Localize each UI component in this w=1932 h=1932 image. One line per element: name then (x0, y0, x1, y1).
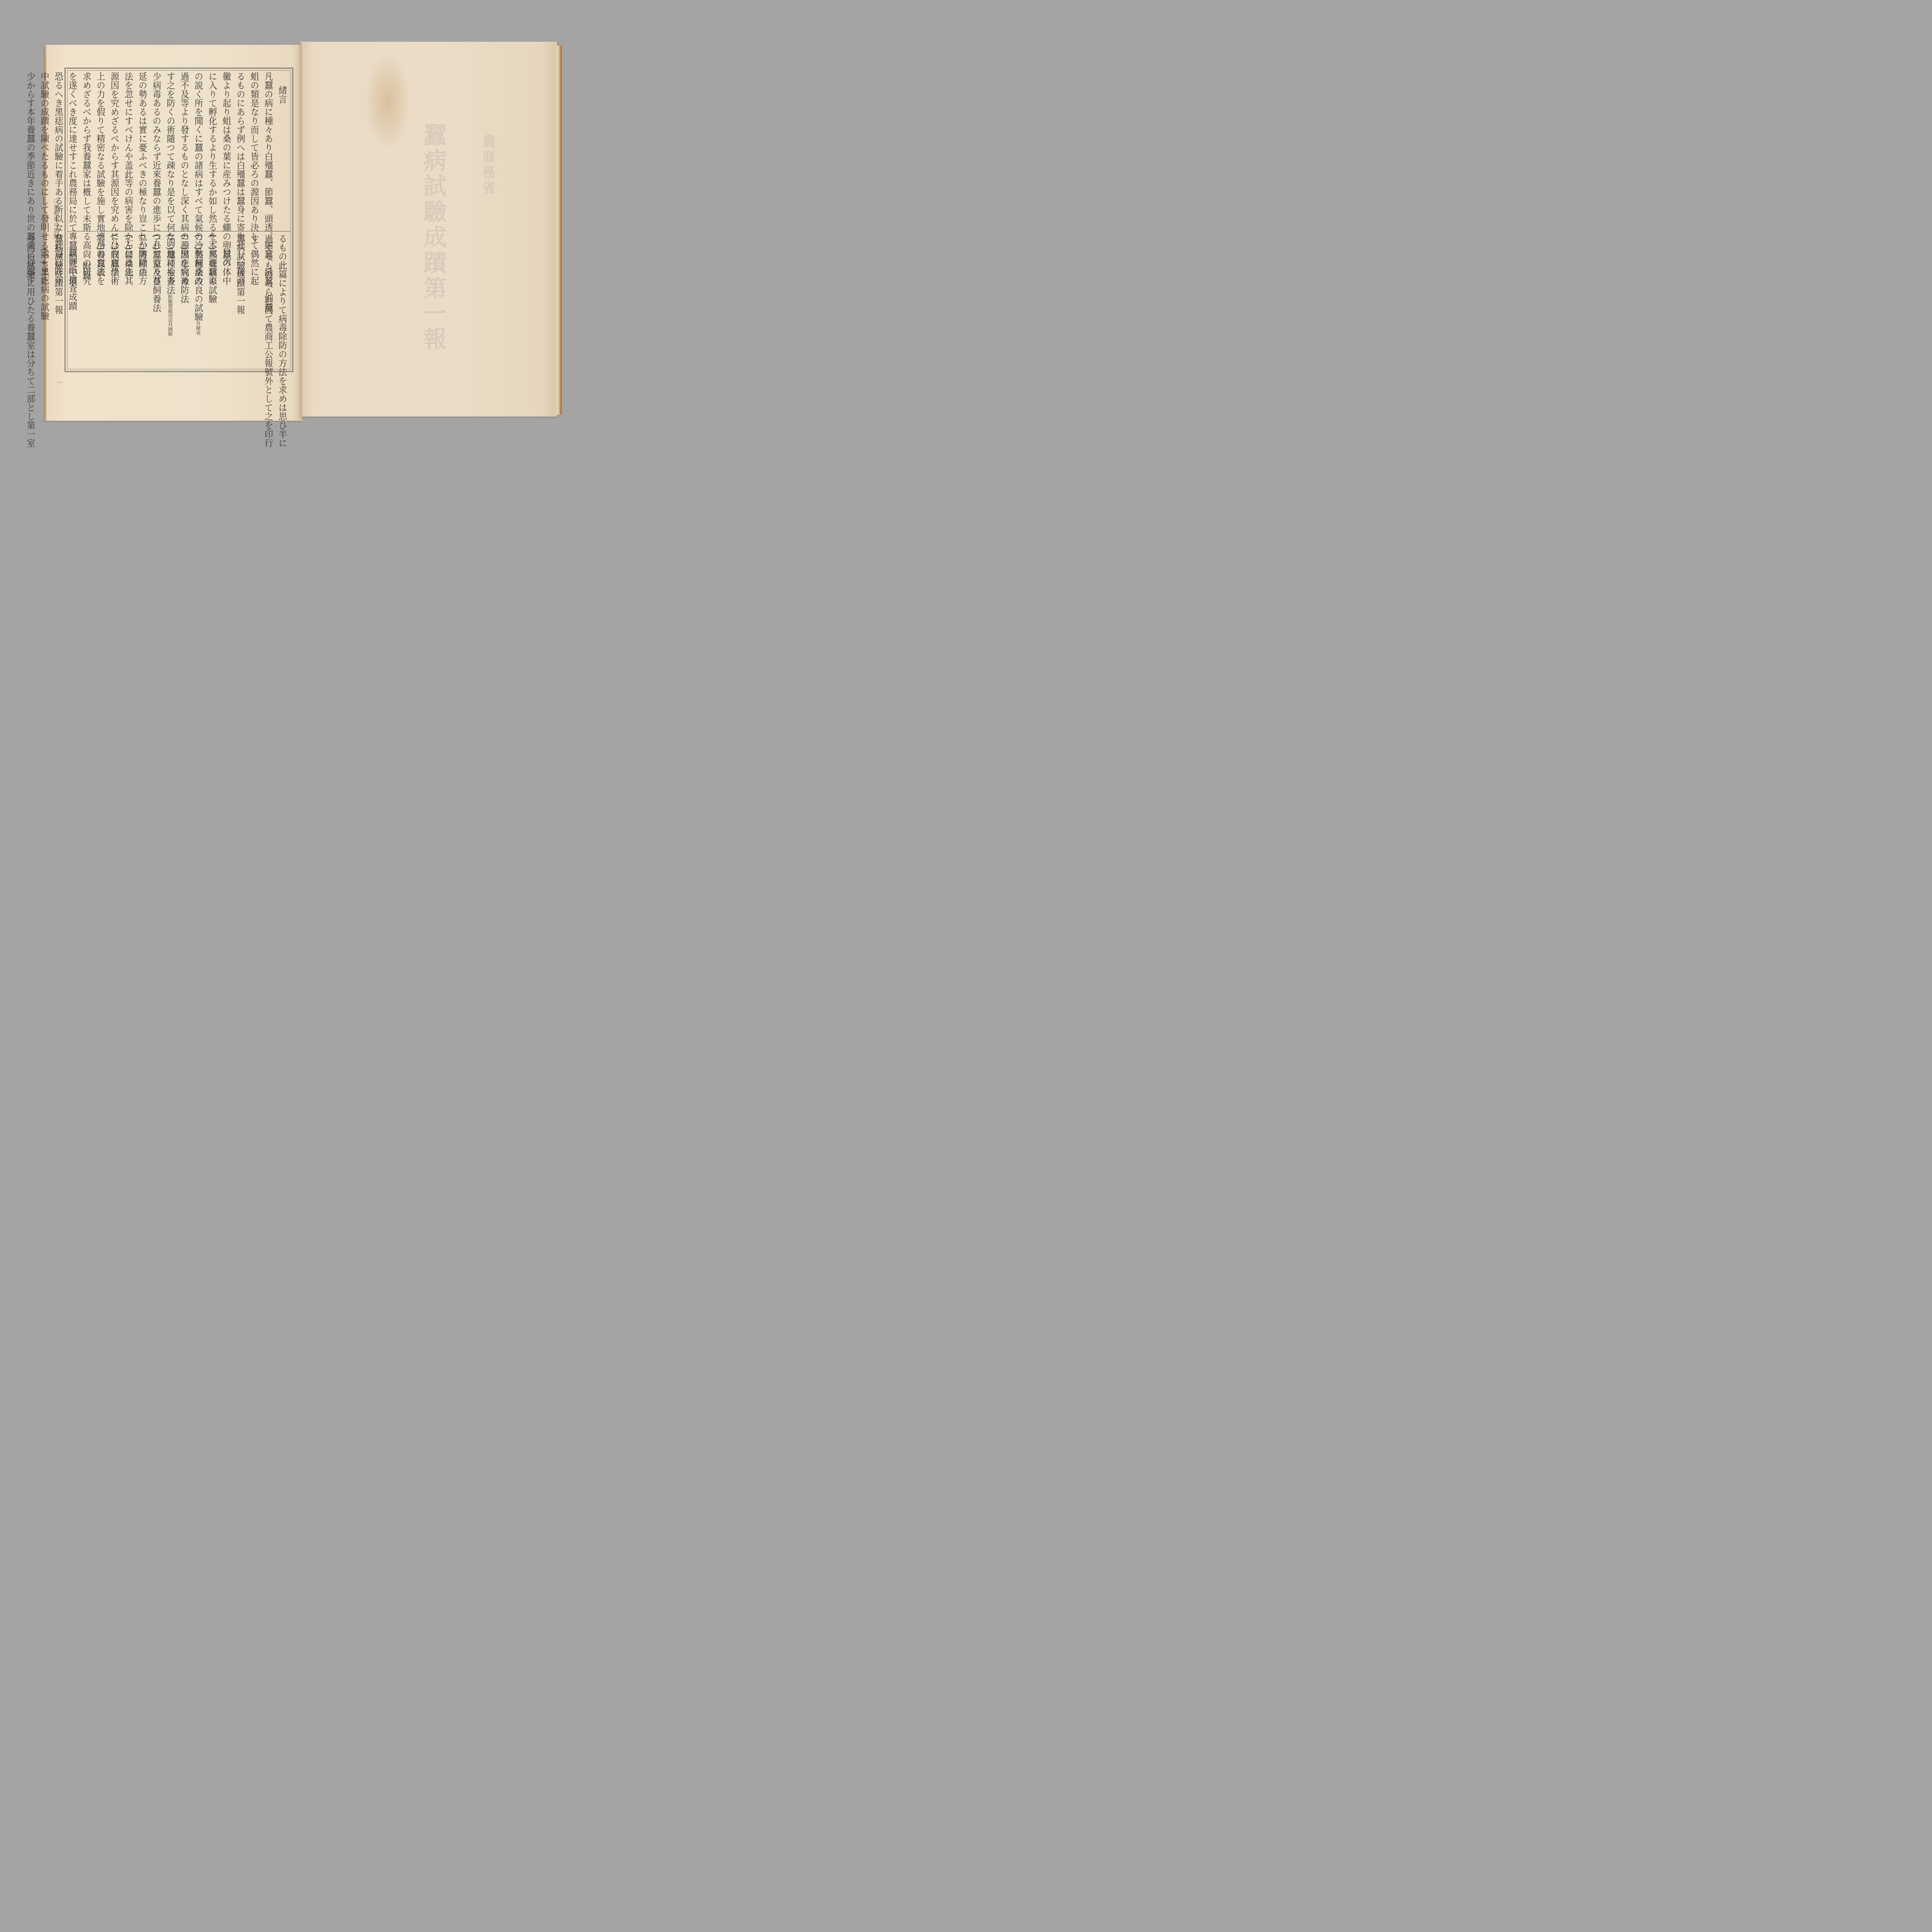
preface-section: 緒言 凡蠶の病に種々あり白殭蠶、節蠶、頭透、縮蠶、縫蠶、細蠶、 蛆の類是なり而し… (68, 72, 289, 226)
preface-heading: 緒言 (275, 72, 289, 226)
book-gutter (299, 43, 302, 419)
preface-line: 少病毒あるのみならず近來養蠶の進歩につれて益々蔓 (149, 72, 163, 226)
toc-item-9: (九)養蠶表 (93, 234, 107, 368)
body-report-title: 蠶病試驗成蹟第一報 (51, 234, 65, 368)
preface-line: す之を防くの術隨つて疎なり是を以て何なる地にも多 (163, 72, 177, 226)
preface-line: 求めざるべからず我養蠶家は槪して未斯る高尙の研究 (79, 72, 93, 226)
preface-line: 蛆の類是なり而して皆必ろの源因あり決して偶然に起 (247, 72, 261, 226)
toc-number: (五) (149, 234, 163, 250)
page-number: 一 (56, 379, 62, 386)
preface-line: 黴より起り蛆は桑の葉に産みつけたる蠅の卵蠶の体中 (219, 72, 233, 226)
appendix-label: 附錄 (79, 234, 93, 368)
toc-number: (四) (163, 234, 177, 250)
preface-line: 少からす本年養蠶の季節近きにあり世の蠶業に從事す (23, 72, 37, 226)
toc-number: (六) (135, 234, 149, 250)
toc-title: 収蠶法 (109, 250, 119, 277)
toc-note: 附顯微鏡用法幷圖解 (167, 295, 173, 337)
toc-item-5: (五)蠶室及び飼養法 (149, 234, 163, 368)
left-page: ○黒痣病の試驗 一 緒言 凡蠶の病に種々あり白殭蠶、節蠶、頭透、縮蠶、縫蠶、細蠶… (45, 45, 302, 421)
text-frame: 緒言 凡蠶の病に種々あり白殭蠶、節蠶、頭透、縮蠶、縫蠶、細蠶、 蛆の類是なり而し… (65, 68, 293, 372)
toc-label: 目次 (219, 234, 233, 368)
toc-number: (七) (121, 234, 135, 250)
preface-line: 恐るへき黑痣病の試驗に着手ある所以なり此篇は昨年 (51, 72, 65, 226)
toc-title: 黑痣病の試驗 (207, 250, 217, 304)
toc-title: 蠶室及び飼養法 (151, 250, 161, 313)
bleed-through-title: 蠶病試驗成蹟第一報 (417, 123, 450, 352)
preface-line: 源因を究めざるべからす其源因を究めんには到底學術 (107, 72, 121, 226)
toc-title: 黑痣病豫防法 (179, 250, 189, 304)
bleed-through-publisher: 農商務省 (478, 134, 497, 196)
toc-title: 儲桑法 (123, 250, 133, 277)
toc-item-3: (三)黑痣病豫防法 (177, 234, 191, 368)
preface-line: を遂くべき度に達せすこれ農務局に於て專蠶病就中最 (65, 72, 79, 226)
toc-number: (二) (191, 234, 205, 250)
section-divider (67, 231, 291, 231)
preface-continuation-line: るもの此篇によりて病毒除防の方法を求めは思ひ半に (275, 234, 289, 368)
toc-number: (八) (107, 234, 121, 250)
preface-line: 過不及等より發するものとなし深く其病の源因を究め (177, 72, 191, 226)
toc-number: (九) (93, 234, 107, 250)
contents-section: るもの此篇によりて病毒除防の方法を求めは思ひ半に 過ぐるものあらむ因て農商工公報… (68, 234, 289, 368)
toc-item-4: (四)蠶種撿査法附顯微鏡用法幷圖解 (163, 234, 177, 368)
body-first-line: 今回の試驗に用ひたる養蠶室は分ちて二部とし第一室 (23, 234, 37, 368)
water-stain (366, 57, 409, 146)
toc-item-1: (一)黑痣病の試驗 (205, 234, 219, 368)
preface-line: の説く所を聞くに蠶の諸病はすべて氣候の冷熱飼桑の (191, 72, 205, 226)
page-edge (556, 46, 562, 415)
appendix-item: 蠶卵紙撿査成蹟 (65, 234, 79, 368)
preface-line: 延の勢あるは實に憂ふべきの極なり豈これか防除の方 (135, 72, 149, 226)
toc-title: 蠶種撿査法 (165, 250, 175, 295)
toc-item-6: (六)護種法 (135, 234, 149, 368)
toc-note: 幷圖表 (196, 321, 201, 335)
toc-number: (一) (205, 234, 219, 250)
toc-item-8: (八)収蠶法 (107, 234, 121, 368)
preface-continuation-line: す (247, 234, 261, 368)
preface-line: 法を忽せにすべけんや盖此等の病害を除かんには先其 (121, 72, 135, 226)
toc-item-7: (七)儲桑法 (121, 234, 135, 368)
toc-number: (三) (177, 234, 191, 250)
report-title: 蠶病試驗成蹟第一報 (233, 234, 247, 368)
preface-line: に入りて孵化するより生するか如し然るを本邦養蠶家 (205, 72, 219, 226)
right-page: 蠶病試驗成蹟第一報 農商務省 (301, 42, 557, 417)
preface-line: 上の力を假りて精密なる試驗を施し實地適用の良法を (93, 72, 107, 226)
toc-title: 養蠶表 (95, 250, 105, 277)
toc-title: 護種法 (137, 250, 147, 277)
toc-item-2: (二)製種法改良の試驗幷圖表 (191, 234, 205, 368)
preface-line: 中試驗の成蹟を陳べたるものにして發明せる處もまた (37, 72, 51, 226)
preface-continuation-line: 過ぐるものあらむ因て農商工公報號外として之を印行 (261, 234, 275, 368)
open-book: 蠶病試驗成蹟第一報 農商務省 ○黒痣病の試驗 一 緒言 凡蠶の病に種々あり白殭蠶… (0, 0, 606, 457)
body-section-heading: (一) 黑痣病の試驗 (37, 234, 51, 368)
toc-title: 製種法改良の試驗 (193, 250, 203, 321)
preface-line: るものにあらず例へは白殭蠶は蠶身に寄生せし一種の (233, 72, 247, 226)
preface-line: 凡蠶の病に種々あり白殭蠶、節蠶、頭透、縮蠶、縫蠶、細蠶、 (261, 72, 275, 226)
